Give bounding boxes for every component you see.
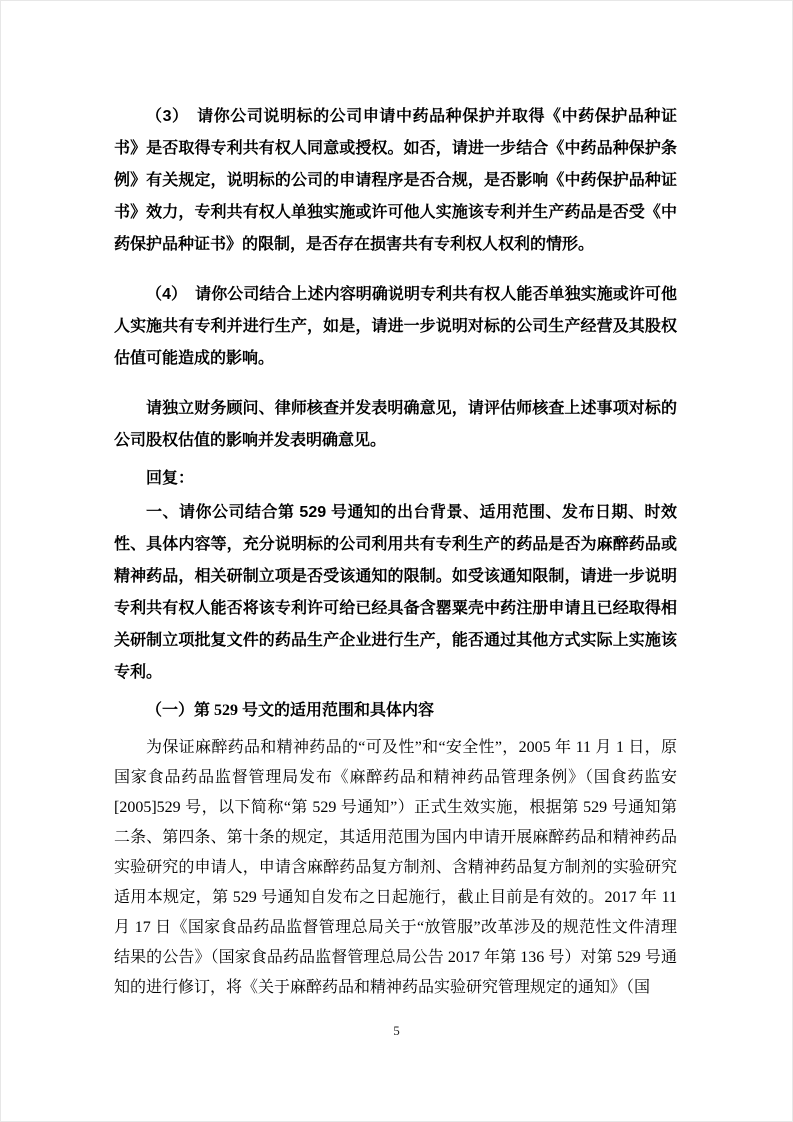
paragraph-question-3: （3） 请你公司说明标的公司申请中药品种保护并取得《中药保护品种证书》是否取得专… [114,101,677,261]
reply-label: 回复： [114,463,677,495]
page-number: 5 [1,1023,792,1039]
paragraph-reply-item-1: 一、请你公司结合第 529 号通知的出台背景、适用范围、发布日期、时效性、具体内… [114,497,677,689]
section-heading: （一）第 529 号文的适用范围和具体内容 [114,695,677,727]
paragraph-verification-request: 请独立财务顾问、律师核查并发表明确意见，请评估师核查上述事项对标的公司股权估值的… [114,393,677,457]
paragraph-body-text: 为保证麻醉药品和精神药品的“可及性”和“安全性”，2005 年 11 月 1 日… [114,733,677,1003]
paragraph-question-4: （4） 请你公司结合上述内容明确说明专利共有权人能否单独实施或许可他人实施共有专… [114,279,677,375]
document-content: （3） 请你公司说明标的公司申请中药品种保护并取得《中药保护品种证书》是否取得专… [114,101,677,1003]
document-page: （3） 请你公司说明标的公司申请中药品种保护并取得《中药保护品种证书》是否取得专… [0,0,793,1122]
